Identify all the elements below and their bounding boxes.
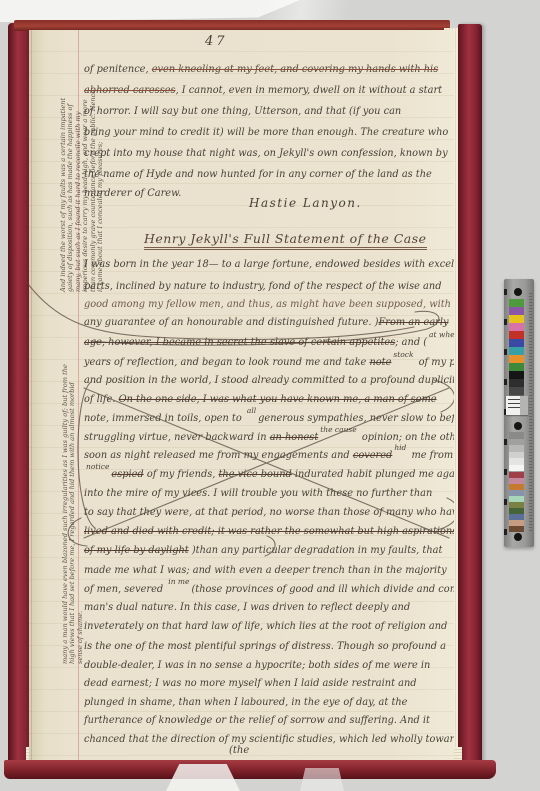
calibration-patch [509,299,524,307]
color-calibration-target [504,279,534,547]
struck-text: espied [111,469,143,480]
grayscale-patches [509,432,524,471]
manuscript-line: bring your mind to credit it) will be mo… [84,126,448,139]
struck-text: abhorred caresses [84,85,176,96]
inserted-word: at when [429,328,454,341]
book-cover-bottom [4,760,496,779]
manuscript-text: I was born in the year 18— to a large fo… [84,259,454,270]
manuscript-text: and position in the world, I stood alrea… [84,375,454,386]
manuscript-text: (those provinces of good and ill which d… [191,584,454,595]
background-glare-bottom-2 [300,768,344,791]
calibration-patch [509,339,524,347]
manuscript-line: inveterately on that hard law of life, w… [84,620,447,633]
struck-text: From an early [378,317,448,328]
registration-dot-top [514,288,522,296]
calibration-patch [509,363,524,371]
manuscript-text: )than any particular degradation in my f… [189,545,443,556]
manuscript-line: note, immersed in toils, open to allgene… [84,412,454,425]
calibration-patch [509,331,524,339]
inserted-word: all [247,404,256,417]
manuscript-line: I was born in the year 18— to a large fo… [84,258,454,271]
manuscript-text: struggling virtue, never backward in [84,432,270,443]
manuscript-text: made me what I was; and with even a deep… [84,565,447,576]
manuscript-line: crept into my house that night was, on J… [84,147,448,160]
manuscript-text: indurated habit plunged me again [292,469,454,480]
manuscript-text: note, immersed in toils, open to [84,413,245,424]
manuscript-text: opinion; on the other, as [359,432,454,443]
manuscript-text: crept into my house that night was, on J… [84,148,448,159]
manuscript-line: double-dealer, I was in no sense a hypoc… [84,659,430,672]
manuscript-text: of my progress [416,357,454,368]
manuscript-text: ; and ( [395,337,427,348]
struck-text: the vice bound [219,469,292,480]
manuscript-line: of horror. I will say but one thing, Utt… [84,105,401,118]
manuscript-text: dead earnest; I was no more myself when … [84,678,417,689]
manuscript-line: of life. On the one side, I was what you… [84,393,437,406]
book-cover-right [458,24,482,768]
manuscript-line: into the mire of my vices. I will troubl… [84,487,432,500]
page-number: 47 [205,34,228,49]
book-spine-left [8,23,30,779]
struck-text: age, however, I became in secret the sla… [84,337,395,348]
manuscript-line: of my life by daylight )than any particu… [84,544,442,557]
manuscript-line: good among my fellow men, and thus, as m… [84,298,451,311]
struck-text: of my life by daylight [84,545,189,556]
manuscript-line: chanced that the direction of my scienti… [84,733,454,746]
manuscript-line: noticeespied of my friends, the vice bou… [84,468,454,481]
manuscript-text: the name of Hyde and now hunted for in a… [84,169,432,180]
manuscript-line: parts, inclined by nature to industry, f… [84,280,441,293]
manuscript-line: the name of Hyde and now hunted for in a… [84,168,432,181]
color-patches-bottom [509,472,524,532]
manuscript-line: years of reflection, and began to look r… [84,356,454,369]
manuscript-text: of life. [84,394,119,405]
manuscript-line: man's dual nature. In this case, I was d… [84,601,410,614]
manuscript-text: chanced that the direction of my scienti… [84,734,454,745]
manuscript-text: parts, inclined by nature to industry, f… [84,281,441,292]
manuscript-text: of my friends, [144,469,219,480]
calibration-patch [509,315,524,323]
calibration-patch [509,465,524,472]
inserted-word: hid [394,441,406,454]
manuscript-text: murderer of Carew. [84,188,181,199]
manuscript-text: any guarantee of an honourable and disti… [84,317,378,328]
manuscript-line: and position in the world, I stood alrea… [84,374,454,387]
manuscript-text: is the one of the most plentiful springs… [84,641,446,652]
manuscript-text: soon as night released me from my engage… [84,450,353,461]
manuscript-text: years of reflection, and began to look r… [84,357,369,368]
target-fine-print [529,293,532,533]
manuscript-text: to say that they were, at that period, n… [84,507,454,518]
manuscript-line: made me what I was; and with even a deep… [84,564,447,577]
manuscript-text: of men, severed [84,584,166,595]
manuscript-line: furtherance of knowledge or the relief o… [84,714,430,727]
manuscript-line: lived and died with credit; it was rathe… [84,525,454,538]
manuscript-line: dead earnest; I was no more myself when … [84,677,417,690]
manuscript-line: plunged in shame, than when I laboured, … [84,696,407,709]
manuscript-line: any guarantee of an honourable and disti… [84,316,449,329]
manuscript-line: abhorred caresses, I cannot, even in mem… [84,84,442,97]
photo-stage: 47 And indeed the worst of my faults was… [0,0,540,791]
manuscript-text: inveterately on that hard law of life, w… [84,621,447,632]
struck-text: note [369,357,391,368]
calibration-patch [509,387,524,395]
calibration-patch [509,307,524,315]
struck-text: lived and died with credit; it was rathe… [84,526,454,537]
manuscript-text: of penitence, [84,64,152,75]
manuscript-line: is the one of the most plentiful springs… [84,640,446,653]
manuscript-line: of penitence, even kneeling at my feet, … [84,63,438,76]
manuscript-line: soon as night released me from my engage… [84,449,454,462]
calibration-patch [509,526,524,532]
target-label-gray [520,396,528,415]
catchword: (the [229,745,249,756]
inserted-word: notice [86,460,109,473]
calibration-patch [509,347,524,355]
calibration-patch [509,371,524,379]
struck-text: even kneeling at my feet, and covering m… [152,64,439,75]
gutter-crease [31,30,32,760]
color-patches-top [509,299,524,403]
manuscript-text: plunged in shame, than when I laboured, … [84,697,407,708]
registration-dot-middle [514,422,522,430]
registration-dot-bottom [514,533,522,541]
manuscript-text: bring your mind to credit it) will be mo… [84,127,448,138]
manuscript-line: of men, severed in me(those provinces of… [84,583,454,596]
calibration-patch [509,379,524,387]
calibration-patch [509,323,524,331]
target-label [506,396,528,415]
inserted-word: stock [393,348,413,361]
chapter-heading: Henry Jekyll's Full Statement of the Cas… [144,231,427,250]
manuscript-text: furtherance of knowledge or the relief o… [84,715,430,726]
manuscript-text: double-dealer, I was in no sense a hypoc… [84,660,430,671]
manuscript-text: me from the [408,450,454,461]
manuscript-line: murderer of Carew. [84,187,181,200]
calibration-patch [509,355,524,363]
manuscript-text: , I cannot, even in memory, dwell on it … [176,85,443,96]
manuscript-text: of horror. I will say but one thing, Utt… [84,106,401,117]
inserted-word: the cause [320,423,356,436]
manuscript-line: to say that they were, at that period, n… [84,506,454,519]
manuscript-text: good among my fellow men, and thus, as m… [84,299,451,310]
struck-text: an honest [270,432,319,443]
manuscript-text: into the mire of my vices. I will troubl… [84,488,432,499]
struck-text: On the one side, I was what you have kno… [119,394,437,405]
inserted-word: in me [168,575,189,588]
signature-hastie-lanyon: Hastie Lanyon. [249,196,362,210]
manuscript-text: man's dual nature. In this case, I was d… [84,602,410,613]
struck-text: covered [353,450,392,461]
manuscript-page: 47 And indeed the worst of my faults was… [29,30,454,760]
